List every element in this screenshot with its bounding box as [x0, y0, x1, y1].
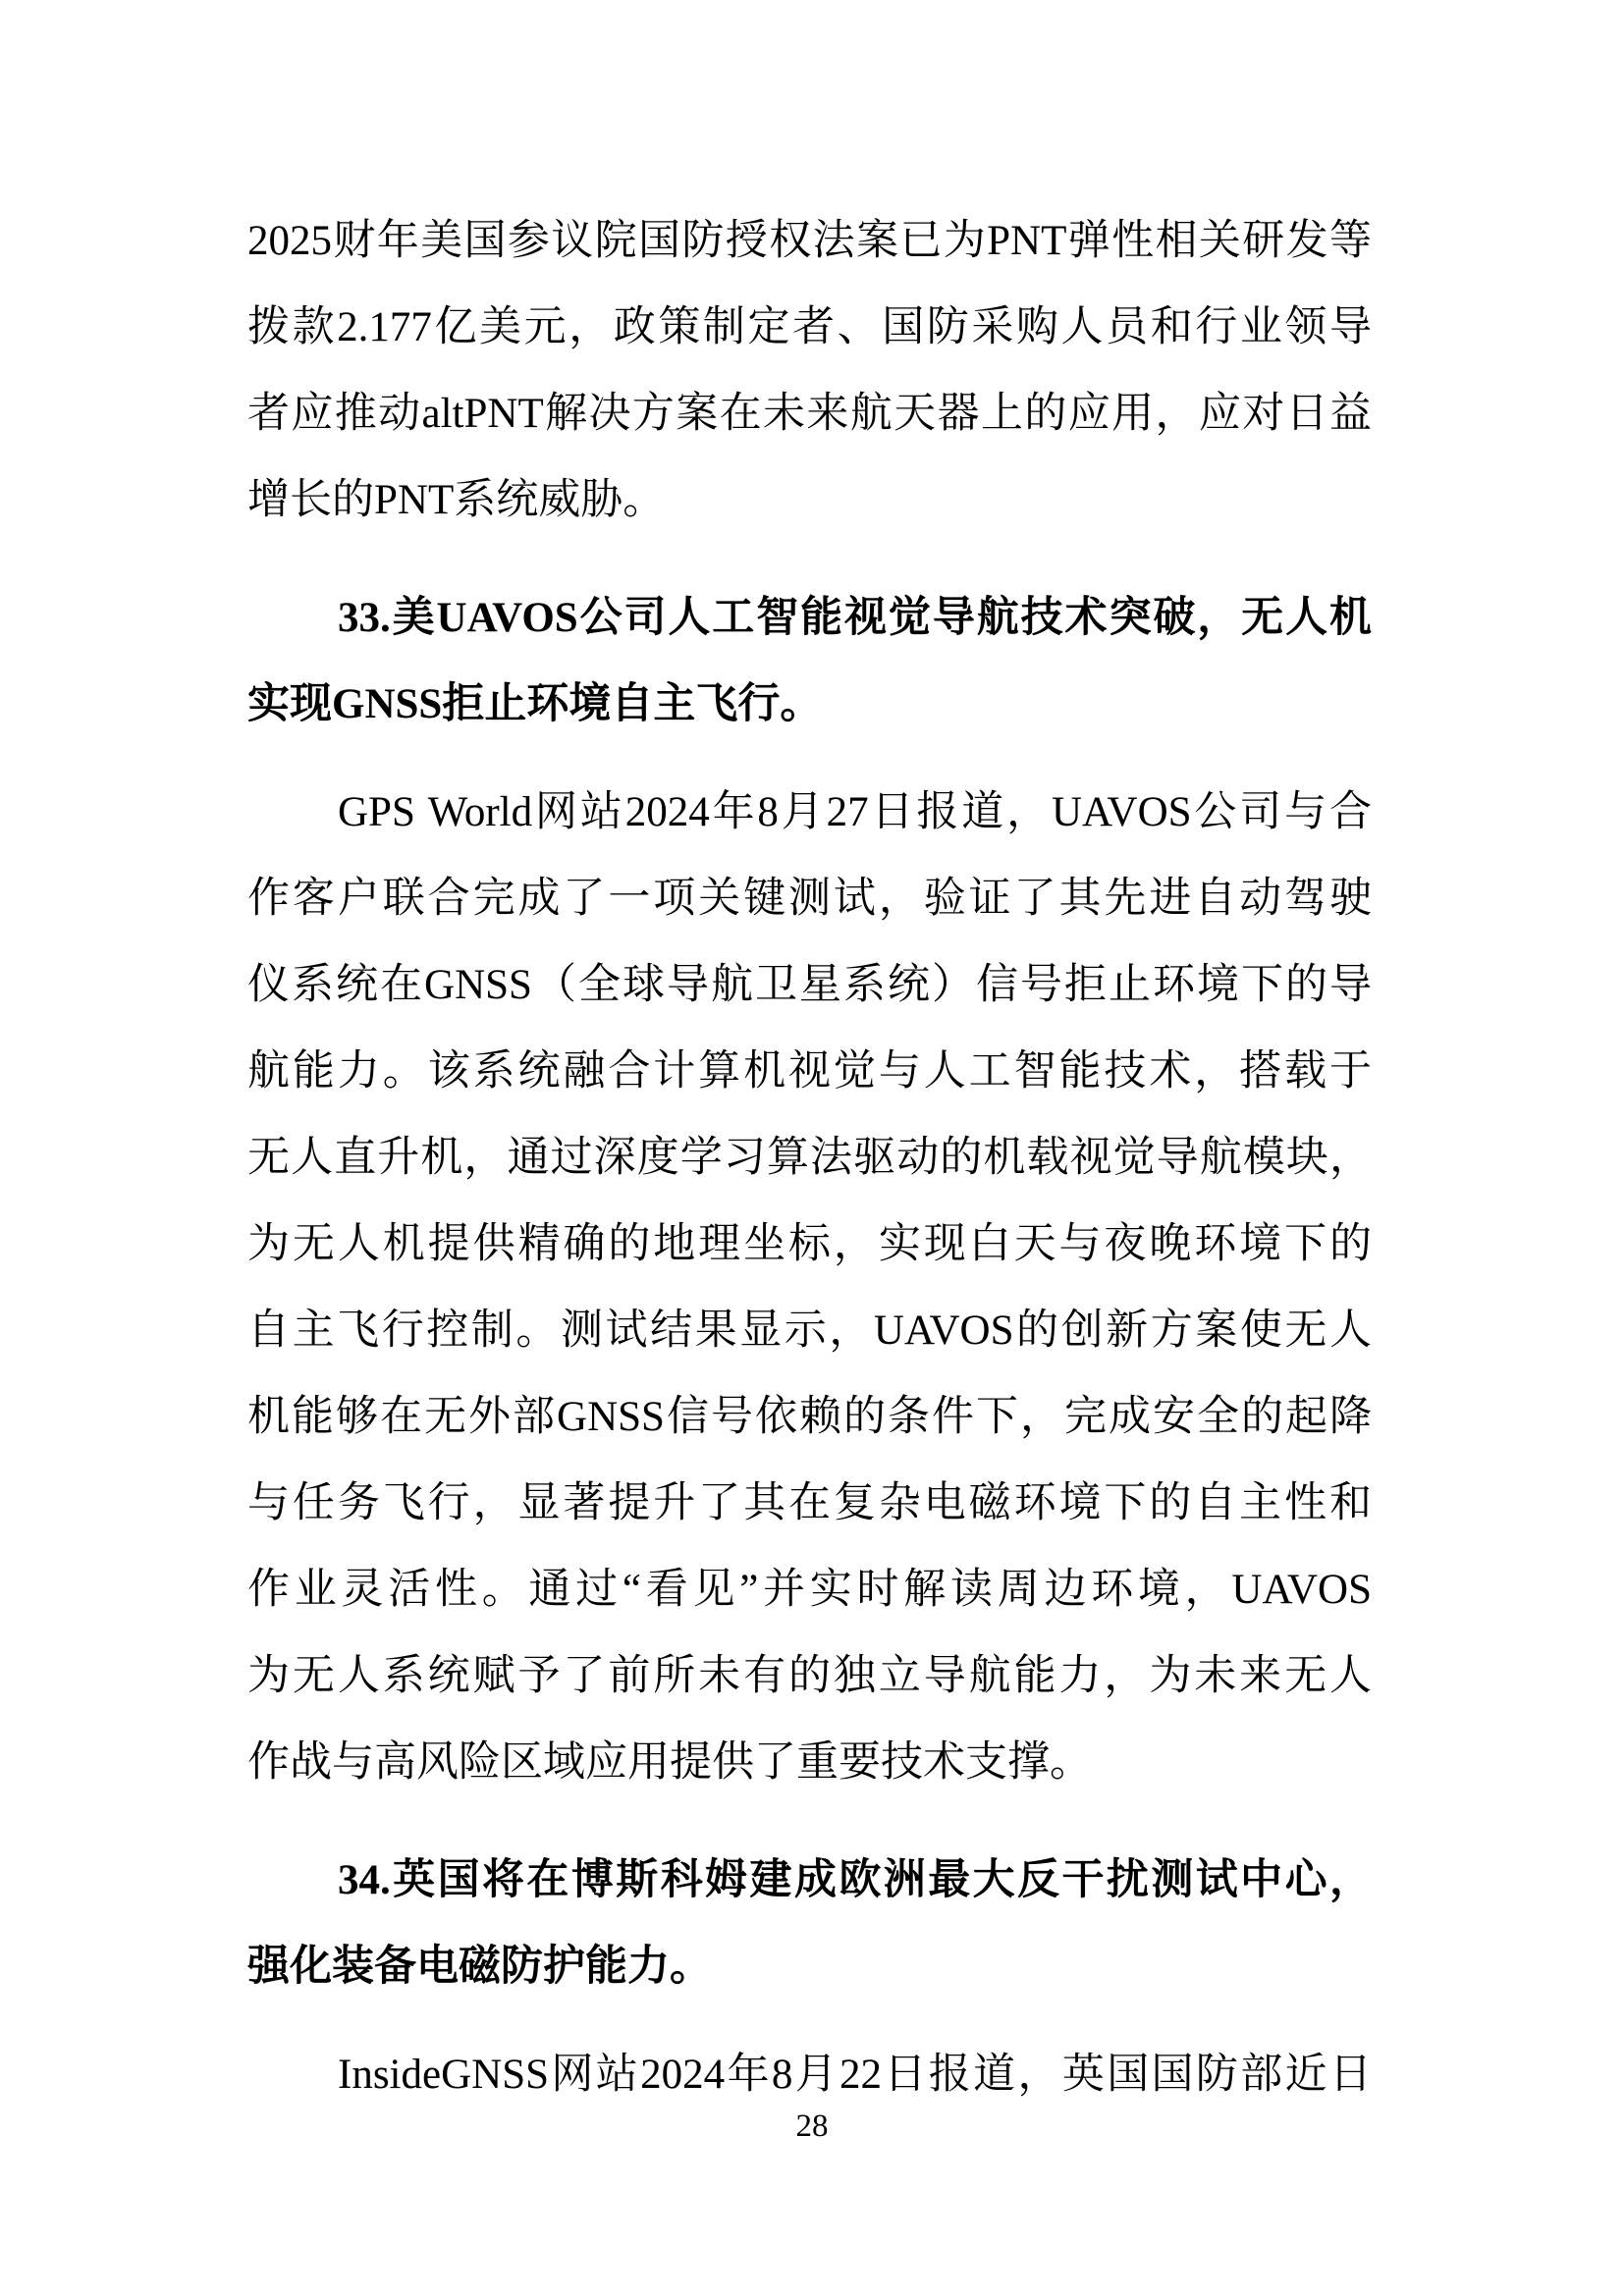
- text-line: 为无人系统赋予了前所未有的独立导航能力，为未来无人: [247, 1633, 1372, 1720]
- heading-line: 强化装备电磁防护能力。: [247, 1924, 1372, 2010]
- text-line: 作战与高风险区域应用提供了重要技术支撑。: [247, 1720, 1372, 1806]
- text-line: 为无人机提供精确的地理坐标，实现白天与夜晚环境下的: [247, 1201, 1372, 1288]
- paragraph-insidegnss-report: InsideGNSS网站2024年8月22日报道，英国国防部近日: [247, 2032, 1372, 2118]
- paragraph-uavos-report: GPS World网站2024年8月27日报道，UAVOS公司与合作客户联合完成…: [247, 770, 1372, 1806]
- text-line: 2025财年美国参议院国防授权法案已为PNT弹性相关研发等: [247, 198, 1372, 285]
- text-line: 自主飞行控制。测试结果显示，UAVOS的创新方案使无人: [247, 1288, 1372, 1374]
- text-line: 无人直升机，通过深度学习算法驱动的机载视觉导航模块，: [247, 1115, 1372, 1201]
- text-line: 机能够在无外部GNSS信号依赖的条件下，完成安全的起降: [247, 1374, 1372, 1461]
- page-content: 2025财年美国参议院国防授权法案已为PNT弹性相关研发等拨款2.177亿美元，…: [247, 198, 1372, 2118]
- text-line: 者应推动altPNT解决方案在未来航天器上的应用，应对日益: [247, 371, 1372, 457]
- heading-line: 实现GNSS拒止环境自主飞行。: [247, 662, 1372, 748]
- text-line: 航能力。该系统融合计算机视觉与人工智能技术，搭载于: [247, 1029, 1372, 1115]
- text-line: 作客户联合完成了一项关键测试，验证了其先进自动驾驶: [247, 856, 1372, 942]
- heading-item-33: 33.美UAVOS公司人工智能视觉导航技术突破，无人机实现GNSS拒止环境自主飞…: [247, 575, 1372, 748]
- text-line: 与任务飞行，显著提升了其在复杂电磁环境下的自主性和: [247, 1461, 1372, 1547]
- page-number: 28: [0, 2107, 1624, 2146]
- heading-line: 33.美UAVOS公司人工智能视觉导航技术突破，无人机: [247, 575, 1372, 662]
- text-line: 拨款2.177亿美元，政策制定者、国防采购人员和行业领导: [247, 285, 1372, 371]
- text-line: InsideGNSS网站2024年8月22日报道，英国国防部近日: [247, 2032, 1372, 2118]
- heading-line: 34.英国将在博斯科姆建成欧洲最大反干扰测试中心，: [247, 1838, 1372, 1924]
- text-line: 仪系统在GNSS（全球导航卫星系统）信号拒止环境下的导: [247, 942, 1372, 1029]
- text-line: 作业灵活性。通过“看见”并实时解读周边环境，UAVOS: [247, 1547, 1372, 1633]
- text-line: GPS World网站2024年8月27日报道，UAVOS公司与合: [247, 770, 1372, 856]
- document-page: 2025财年美国参议院国防授权法案已为PNT弹性相关研发等拨款2.177亿美元，…: [0, 0, 1624, 2296]
- paragraph-pnt-funding: 2025财年美国参议院国防授权法案已为PNT弹性相关研发等拨款2.177亿美元，…: [247, 198, 1372, 544]
- heading-item-34: 34.英国将在博斯科姆建成欧洲最大反干扰测试中心，强化装备电磁防护能力。: [247, 1838, 1372, 2010]
- text-line: 增长的PNT系统威胁。: [247, 457, 1372, 544]
